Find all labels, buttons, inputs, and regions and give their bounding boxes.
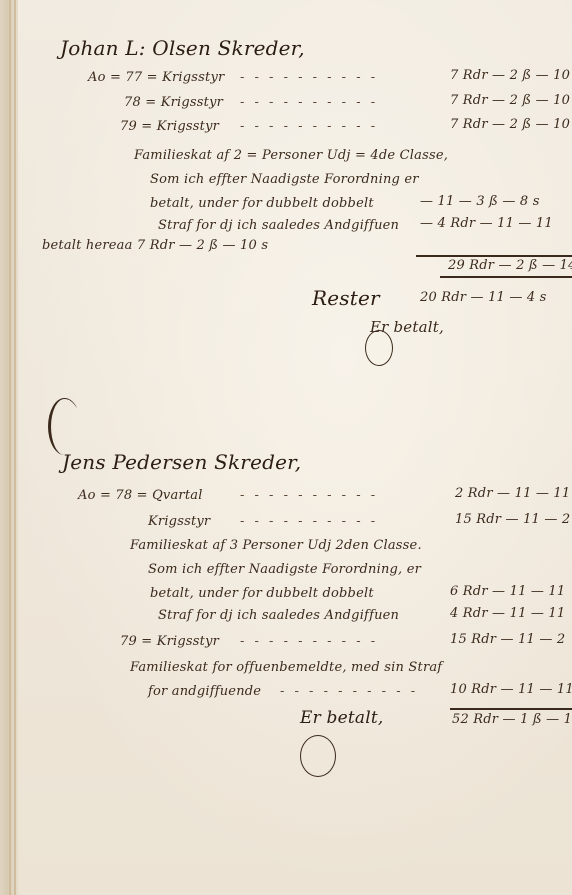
entry1-amount: 7 Rdr — 2 ß — 10 s: [450, 68, 572, 83]
leader-dots: - - - - - - - - - -: [240, 514, 378, 529]
entry2-line: betalt, under for dubbelt dobbelt: [150, 586, 374, 601]
entry1-name: Johan L: Olsen Skreder,: [60, 36, 305, 60]
entry2-amount: 15 Rdr — 11 — 2: [450, 632, 565, 647]
total-rule: [450, 708, 572, 710]
binding-fold-line: [14, 0, 16, 895]
entry2-line: Som ich effter Naadigste Forordning, er: [148, 562, 421, 577]
leader-dots: - - - - - - - - - -: [240, 488, 378, 503]
leader-dots: - - - - - - - - - -: [240, 95, 378, 110]
entry2-amount: 2 Rdr — 11 — 11: [455, 486, 570, 501]
entry2-line: 79 = Krigsstyr: [120, 634, 219, 649]
total-rule: [416, 255, 572, 257]
entry2-total: 52 Rdr — 1 ß — 16 s: [452, 712, 572, 727]
entry2-amount: 10 Rdr — 11 — 11: [450, 682, 572, 697]
leader-dots: - - - - - - - - - -: [240, 70, 378, 85]
entry1-line: 78 = Krigsstyr: [124, 95, 223, 110]
leader-dots: - - - - - - - - - -: [280, 684, 418, 699]
flourish-decoration: [48, 398, 81, 455]
entry2-status: Er betalt,: [300, 708, 384, 728]
entry2-amount: 4 Rdr — 11 — 11: [450, 606, 565, 621]
flourish-decoration: [300, 735, 336, 777]
entry2-amount: 6 Rdr — 11 — 11: [450, 584, 565, 599]
entry1-line: Ao = 77 = Krigsstyr: [88, 70, 224, 85]
entry2-name: Jens Pedersen Skreder,: [62, 450, 301, 474]
entry1-rest-label: Rester: [312, 286, 380, 310]
entry2-line: for andgiffuende: [148, 684, 261, 699]
entry1-line: Som ich effter Naadigste Forordning er: [150, 172, 419, 187]
manuscript-page: [0, 0, 572, 895]
entry1-line: Familieskat af 2 = Personer Udj = 4de Cl…: [134, 148, 448, 163]
entry1-line: betalt, under for dubbelt dobbelt: [150, 196, 374, 211]
entry2-line: Krigsstyr: [148, 514, 210, 529]
flourish-decoration: [365, 330, 393, 366]
total-rule: [440, 276, 572, 278]
entry2-line: Familieskat for offuenbemeldte, med sin …: [130, 660, 442, 675]
binding-fold-line: [9, 0, 11, 895]
entry2-line: Ao = 78 = Qvartal: [78, 488, 203, 503]
entry1-line: Straf for dj ich saaledes Andgiffuen: [158, 218, 399, 233]
entry1-amount: — 4 Rdr — 11 — 11: [420, 216, 553, 231]
leader-dots: - - - - - - - - - -: [240, 119, 378, 134]
entry1-total: 29 Rdr — 2 ß — 14 s: [448, 258, 572, 273]
entry1-amount: — 11 — 3 ß — 8 s: [420, 194, 540, 209]
entry1-amount: 7 Rdr — 2 ß — 10 s: [450, 117, 572, 132]
entry1-line: 79 = Krigsstyr: [120, 119, 219, 134]
entry2-line: Straf for dj ich saaledes Andgiffuen: [158, 608, 399, 623]
entry2-line: Familieskat af 3 Personer Udj 2den Class…: [130, 538, 422, 553]
entry1-amount: 7 Rdr — 2 ß — 10 s: [450, 93, 572, 108]
entry1-rest-amount: 20 Rdr — 11 — 4 s: [420, 290, 547, 305]
entry1-paid-note: betalt hereaa 7 Rdr — 2 ß — 10 s: [42, 238, 268, 253]
leader-dots: - - - - - - - - - -: [240, 634, 378, 649]
entry2-amount: 15 Rdr — 11 — 2: [455, 512, 570, 527]
